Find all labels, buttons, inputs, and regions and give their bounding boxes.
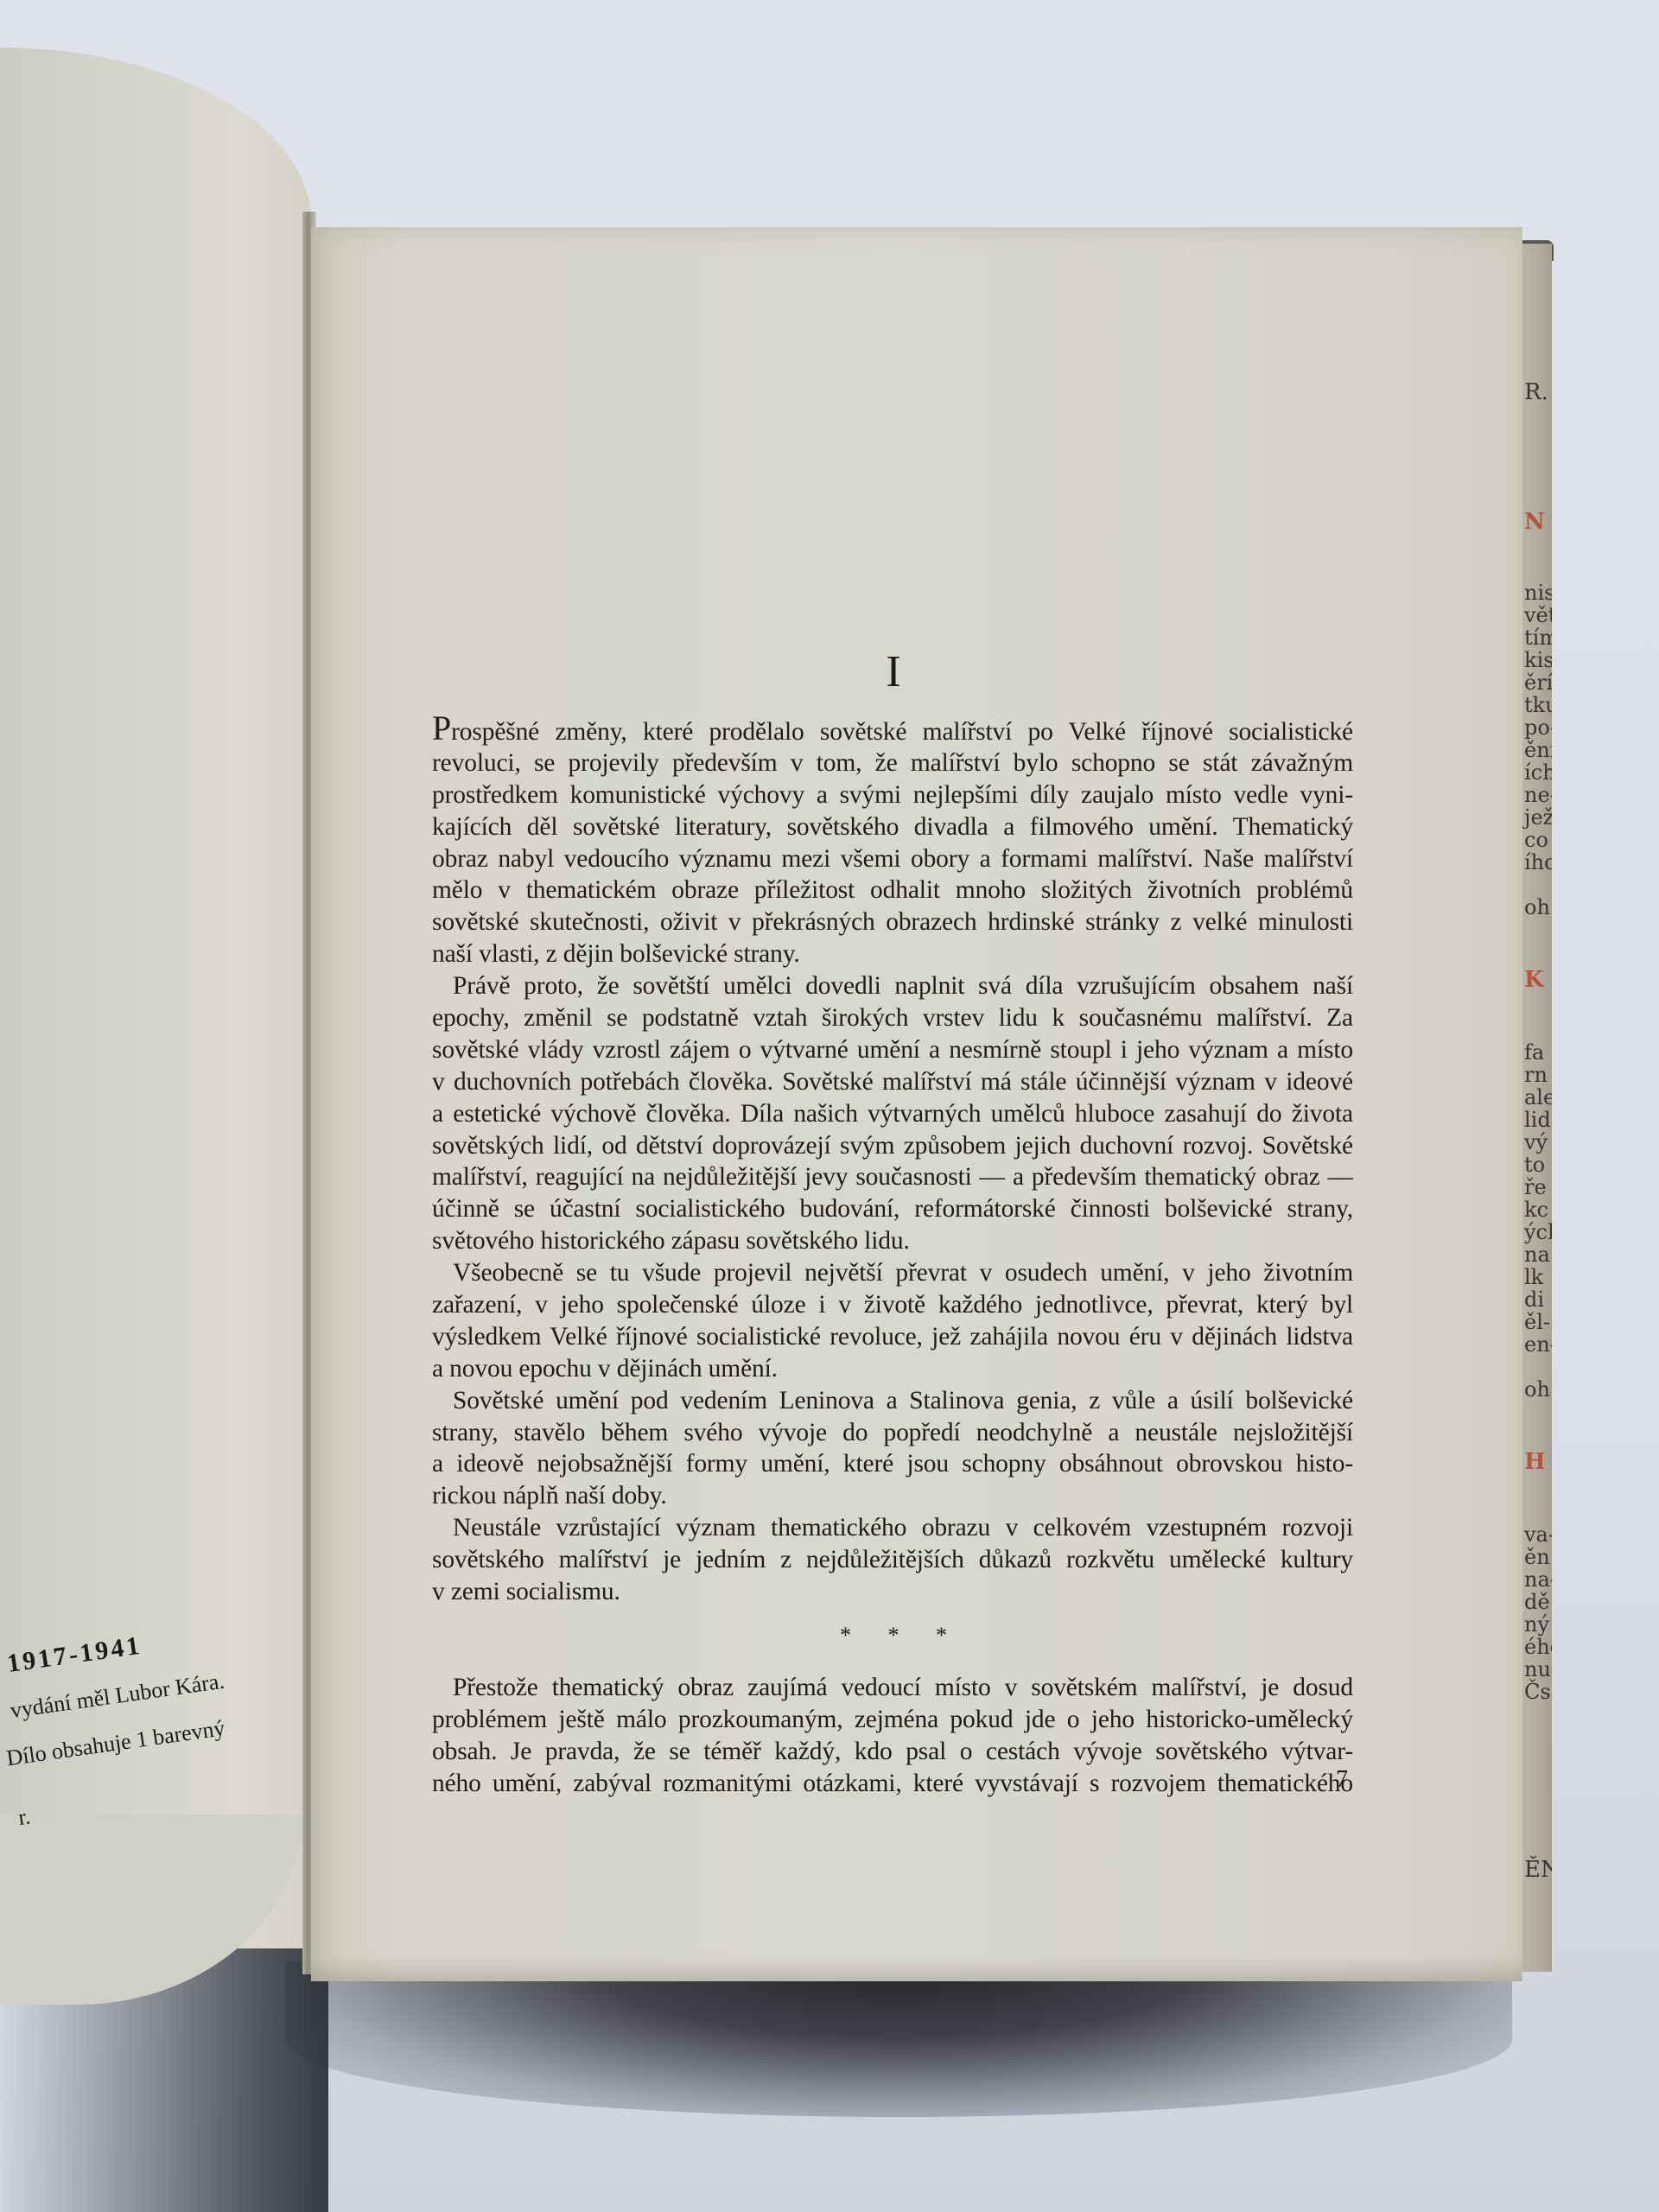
next-page-text-fragment: lid: [1524, 1109, 1551, 1130]
body-text: Prospěšné změny, které prodělalo sovětsk…: [432, 715, 1353, 1800]
next-page-text-fragment: rn: [1524, 1065, 1548, 1085]
text-line: Přestože thematický obraz zaujímá vedouc…: [432, 1672, 1353, 1704]
text-line: revoluci, se projevily především v tom, …: [432, 747, 1353, 779]
text-line-content: epochy, změnil se podstatně vztah široký…: [432, 1004, 1353, 1032]
text-line-content: revoluci, se projevily především v tom, …: [432, 749, 1353, 777]
text-line-content: sovětské vlády vzrostl zájem o výtvarné …: [432, 1036, 1353, 1064]
colophon-years: 1917-1941: [5, 1631, 143, 1680]
left-page-colophon: 1917-1941 vydání měl Lubor Kára. Dílo ob…: [0, 1581, 340, 1847]
text-line: strany, stavělo během svého vývoje do po…: [432, 1417, 1353, 1449]
next-page-text-fragment: ĚN: [1524, 1859, 1552, 1880]
text-line: účinně se účastní socialistického budová…: [432, 1193, 1353, 1225]
text-line-content: sovětského malířství je jedním z nejdůle…: [432, 1546, 1353, 1573]
text-line: sovětských lidí, od dětství doprovázejí …: [432, 1130, 1353, 1162]
text-line: Prospěšné změny, které prodělalo sovětsk…: [432, 715, 1353, 747]
text-line-content: a novou epochu v dějinách umění.: [432, 1355, 778, 1382]
next-page-text-fragment: Čs: [1524, 1681, 1551, 1702]
next-page-text-fragment: fa: [1524, 1042, 1544, 1063]
next-page-text-fragment: ěn: [1524, 1547, 1550, 1567]
text-line: naší vlasti, z dějin bolševické strany.: [432, 938, 1353, 970]
next-page-text-fragment: na: [1524, 1244, 1550, 1265]
text-line: a ideově nejobsažnější formy umění, kter…: [432, 1448, 1353, 1480]
text-line-content: účinně se účastní socialistického budová…: [432, 1195, 1353, 1223]
text-line-content: kajících děl sovětské literatury, sověts…: [432, 813, 1353, 841]
next-page-text-fragment: ný: [1524, 1614, 1549, 1635]
text-line-content: Přestože thematický obraz zaujímá vedouc…: [453, 1674, 1353, 1701]
text-line: Všeobecně se tu všude projevil největší …: [432, 1257, 1353, 1289]
next-page-text-fragment: ých: [1524, 1222, 1552, 1243]
next-page-text-fragment: oh: [1524, 897, 1550, 918]
text-line-content: problémem ještě málo prozkoumaným, zejmé…: [432, 1706, 1353, 1733]
text-line: ného umění, zabýval rozmanitými otázkami…: [432, 1768, 1353, 1800]
text-line-content: Všeobecně se tu všude projevil největší …: [453, 1259, 1353, 1287]
text-line-content: obraz nabyl vedoucího významu mezi všemi…: [432, 845, 1353, 873]
text-line: v duchovních potřebách člověka. Sovětské…: [432, 1066, 1353, 1098]
text-line-content: výsledkem Velké říjnové socialistické re…: [432, 1323, 1353, 1351]
text-line: světového historického zápasu sovětského…: [432, 1225, 1353, 1257]
next-page-text-fragment: lk: [1524, 1267, 1543, 1287]
drop-cap: P: [432, 715, 451, 747]
next-page-text-fragment: kis-: [1524, 650, 1552, 671]
text-line-content: světového historického zápasu sovětského…: [432, 1227, 910, 1255]
next-page-text-fragment: oh: [1524, 1379, 1550, 1400]
text-line-content: rospěšné změny, které prodělalo sovětské…: [451, 718, 1353, 746]
text-line-content: zařazení, v jeho společenské úloze i v ž…: [432, 1291, 1353, 1319]
next-page-text-fragment: dě: [1524, 1592, 1550, 1612]
next-page-text-fragment: to: [1524, 1154, 1545, 1175]
text-line: sovětské vlády vzrostl zájem o výtvarné …: [432, 1034, 1353, 1066]
text-line-content: ného umění, zabýval rozmanitými otázkami…: [432, 1770, 1353, 1797]
next-page-text-fragment: jež: [1524, 807, 1552, 828]
text-line: Neustále vzrůstající význam thematického…: [432, 1512, 1353, 1544]
page-number: 7: [1336, 1766, 1348, 1794]
text-line: obraz nabyl vedoucího významu mezi všemi…: [432, 843, 1353, 875]
colophon-line: r.: [16, 1803, 32, 1831]
text-line: a estetické výchově člověka. Díla našich…: [432, 1098, 1353, 1130]
text-line-content: sovětských lidí, od dětství doprovázejí …: [432, 1132, 1353, 1160]
next-page-text-fragment: en-: [1524, 1334, 1552, 1355]
text-line: epochy, změnil se podstatně vztah široký…: [432, 1002, 1353, 1034]
text-line-content: strany, stavělo během svého vývoje do po…: [432, 1419, 1353, 1446]
text-line-content: sovětské skutečnosti, oživit v překrásný…: [432, 908, 1353, 936]
text-line: v zemi socialismu.: [432, 1576, 1353, 1608]
text-line-content: mělo v thematickém obraze příležitost od…: [432, 876, 1353, 904]
next-page-text-fragment: ne-: [1524, 785, 1552, 805]
text-line-content: v zemi socialismu.: [432, 1578, 620, 1605]
next-page-text-fragment: ích: [1524, 762, 1552, 783]
next-page-text-fragment: ěrí: [1524, 672, 1552, 693]
text-line: rickou náplň naší doby.: [432, 1480, 1353, 1512]
next-page-text-fragment: di: [1524, 1289, 1544, 1310]
text-line: Sovětské umění pod vedením Leninova a St…: [432, 1385, 1353, 1417]
text-line-content: rickou náplň naší doby.: [432, 1482, 667, 1510]
text-line: prostředkem komunistické výchovy a svými…: [432, 779, 1353, 811]
text-line-content: naší vlasti, z dějin bolševické strany.: [432, 940, 800, 968]
next-page-text-fragment: vý: [1524, 1132, 1548, 1153]
colophon-line: vydání měl Lubor Kára.: [9, 1669, 226, 1724]
next-page-text-fragment: ího: [1524, 852, 1552, 873]
next-page-text-fragment: ře: [1524, 1177, 1547, 1198]
text-line-content: malířství, reagující na nejdůležitější j…: [432, 1163, 1353, 1191]
next-page-text-fragment: N: [1524, 512, 1545, 532]
next-page-text-fragment: ale: [1524, 1087, 1552, 1108]
book-shadow: [285, 1961, 1512, 2117]
next-page-text-fragment: R.: [1524, 382, 1548, 403]
text-line-content: v duchovních potřebách člověka. Sovětské…: [432, 1068, 1353, 1096]
next-page-text-fragment: tím: [1524, 627, 1552, 648]
text-line-content: Právě proto, že sovětští umělci dovedli …: [453, 972, 1353, 1000]
text-line-content: Sovětské umění pod vedením Leninova a St…: [453, 1387, 1353, 1414]
text-line-content: prostředkem komunistické výchovy a svými…: [432, 781, 1353, 809]
text-line: obsah. Je pravda, že se téměř každý, kdo…: [432, 1736, 1353, 1768]
next-page-text-fragment: vět-: [1524, 605, 1552, 626]
text-line: kajících děl sovětské literatury, sověts…: [432, 811, 1353, 843]
text-line: a novou epochu v dějinách umění.: [432, 1353, 1353, 1385]
next-page-text-fragment: kc: [1524, 1199, 1548, 1220]
next-page-text-fragment: va-: [1524, 1524, 1552, 1545]
text-line-content: Neustále vzrůstající význam thematického…: [453, 1514, 1353, 1541]
text-line: výsledkem Velké říjnové socialistické re…: [432, 1321, 1353, 1353]
section-separator: * * *: [432, 1608, 1353, 1672]
colophon-line: Dílo obsahuje 1 barevný: [5, 1715, 227, 1771]
text-line: sovětského malířství je jedním z nejdůle…: [432, 1544, 1353, 1576]
next-page-text-fragment: po-: [1524, 717, 1552, 738]
next-page-text-fragment: nu: [1524, 1659, 1551, 1680]
next-page-edge: R.Nnis-vět-tímkis-ěrítkupo-ěnííchne-ježc…: [1522, 244, 1552, 1972]
next-page-text-fragment: tku: [1524, 695, 1552, 715]
next-page-text-fragment: ého: [1524, 1637, 1552, 1657]
chapter-number: I: [876, 646, 911, 698]
text-line-content: a ideově nejobsažnější formy umění, kter…: [432, 1450, 1353, 1478]
next-page-text-fragment: ěl-: [1524, 1312, 1550, 1332]
text-line: zařazení, v jeho společenské úloze i v ž…: [432, 1289, 1353, 1321]
next-page-text-fragment: ění: [1524, 740, 1552, 760]
text-line: problémem ještě málo prozkoumaným, zejmé…: [432, 1704, 1353, 1736]
next-page-text-fragment: H: [1524, 1452, 1546, 1472]
next-page-text-fragment: co: [1524, 829, 1548, 850]
next-page-text-fragment: K: [1524, 969, 1544, 990]
next-page-text-fragment: na-: [1524, 1569, 1552, 1590]
next-page-text-fragment: nis-: [1524, 582, 1552, 603]
text-line-content: a estetické výchově člověka. Díla našich…: [432, 1100, 1353, 1128]
text-line-content: obsah. Je pravda, že se téměř každý, kdo…: [432, 1738, 1353, 1765]
text-line: Právě proto, že sovětští umělci dovedli …: [432, 970, 1353, 1002]
text-line: malířství, reagující na nejdůležitější j…: [432, 1161, 1353, 1193]
text-line: sovětské skutečnosti, oživit v překrásný…: [432, 906, 1353, 938]
text-line: mělo v thematickém obraze příležitost od…: [432, 874, 1353, 906]
